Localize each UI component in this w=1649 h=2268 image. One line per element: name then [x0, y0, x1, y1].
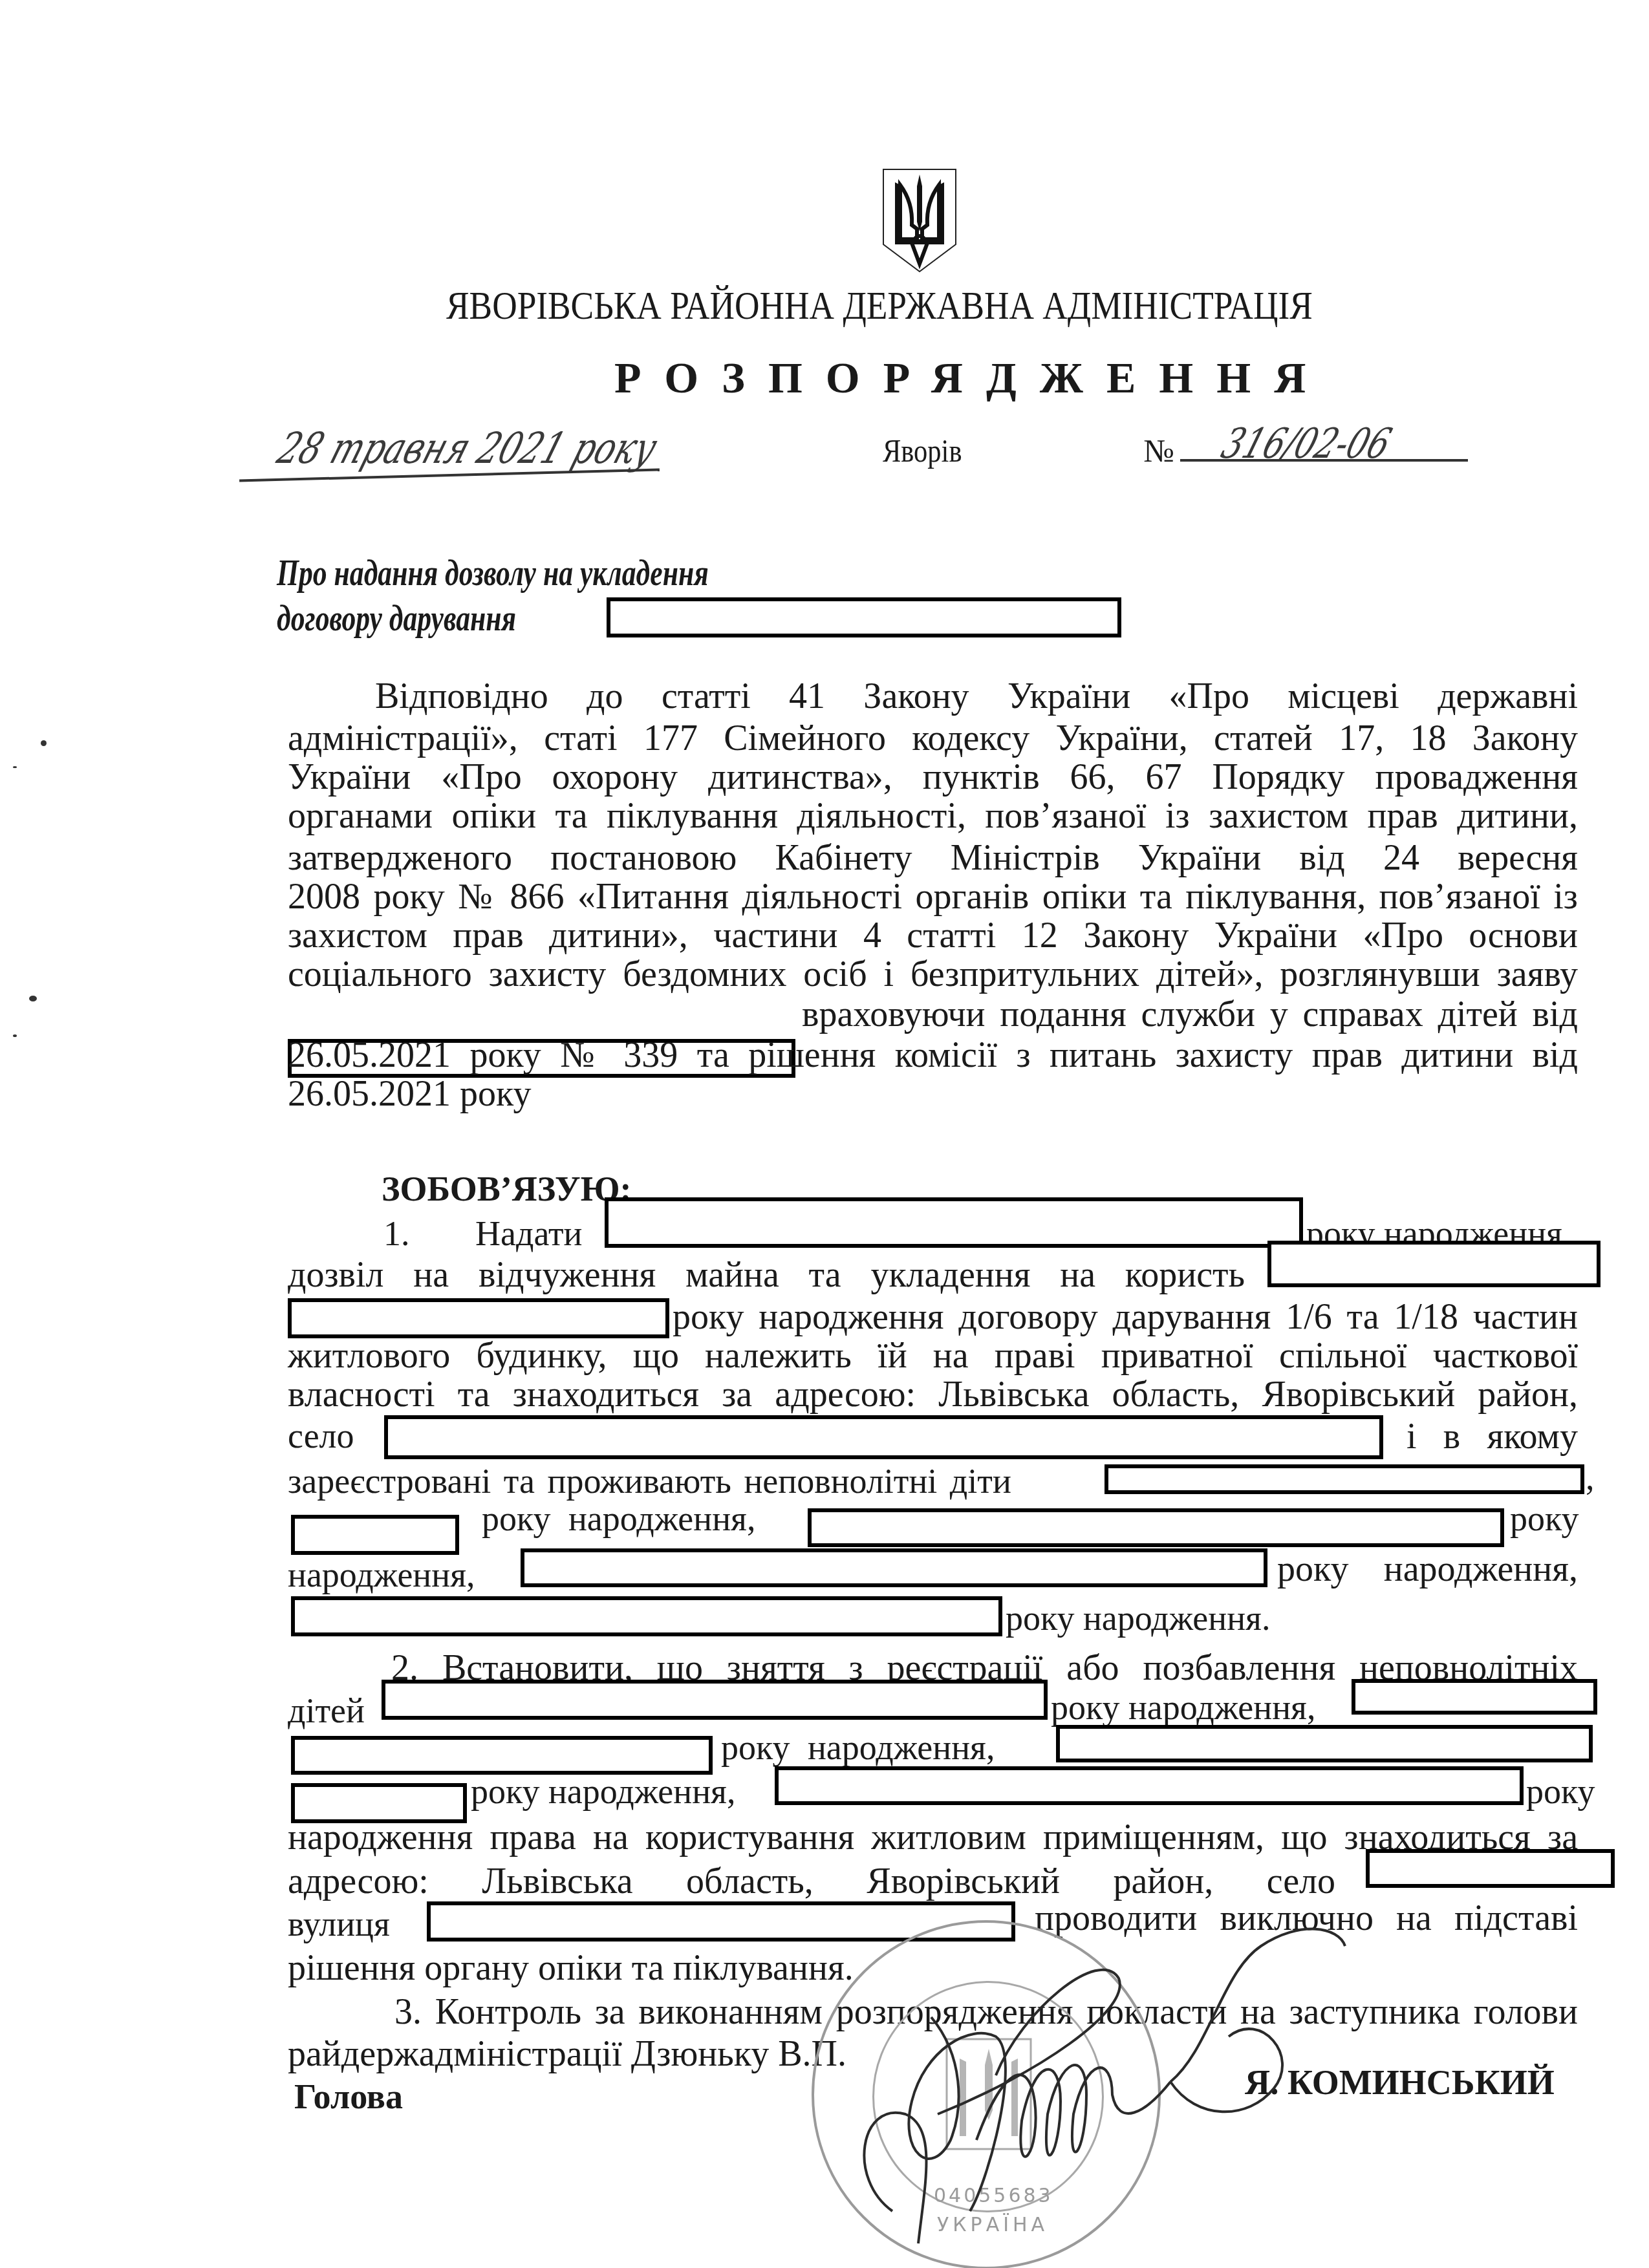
item1-text: року народження. [1006, 1598, 1270, 1638]
document-type-heading: РОЗПОРЯДЖЕННЯ [614, 352, 1329, 403]
redacted-field [605, 1197, 1303, 1248]
item1-text: року народження, [1277, 1548, 1578, 1590]
signatory-position: Голова [294, 2077, 403, 2117]
scan-speck [13, 1034, 17, 1037]
redacted-field [291, 1515, 459, 1555]
item2-text: року [1526, 1771, 1595, 1812]
item1-text: народження, [288, 1555, 475, 1595]
preamble-line: Відповідно до статті 41 Закону України «… [375, 676, 1578, 717]
coat-of-arms-icon [881, 167, 958, 273]
item2-text: року народження, [721, 1728, 995, 1768]
item1-text: дозвіл на відчуження майна та укладення … [288, 1254, 1245, 1296]
scan-speck [29, 996, 37, 1001]
item2-text: вулиця [288, 1904, 390, 1944]
organization-title: ЯВОРІВСЬКА РАЙОННА ДЕРЖАВНА АДМІНІСТРАЦІ… [446, 283, 1313, 329]
date-handwritten: 28 травня 2021 року [272, 423, 663, 473]
redacted-field [1352, 1679, 1597, 1715]
subject-line-1: Про надання дозволу на укладення [277, 553, 709, 594]
redacted-field [288, 1298, 669, 1338]
redacted-field [384, 1415, 1383, 1459]
preamble-line: соціального захисту бездомних осіб і без… [288, 954, 1578, 995]
item1-text: село [288, 1416, 354, 1456]
signature-scribble [808, 1907, 1390, 2268]
item2-text: адресою: Львівська область, Яворівський … [288, 1861, 1335, 1902]
preamble-line: адміністрації», статі 177 Сімейного коде… [288, 718, 1578, 759]
item1-text: житлового будинку, що належить їй на пра… [288, 1335, 1578, 1376]
redacted-field [775, 1766, 1524, 1805]
redacted-field [1056, 1725, 1593, 1762]
preamble-line: захистом прав дитини», частини 4 статті … [288, 915, 1578, 956]
item2-text: року народження, [471, 1771, 735, 1812]
item1-text: власності та знаходиться за адресою: Льв… [288, 1374, 1578, 1415]
redacted-field [382, 1680, 1048, 1720]
item2-text: дітей [288, 1691, 365, 1731]
item1-number: 1. [383, 1214, 410, 1254]
preamble-line: 2008 року № 866 «Питання діяльності орга… [288, 876, 1578, 917]
number-label: № [1143, 432, 1174, 469]
item1-text: , [1586, 1458, 1595, 1498]
number-underline [1180, 459, 1468, 462]
item1-text: зареєстровані та проживають неповнолітні… [288, 1461, 1011, 1501]
place-label: Яворів [883, 432, 962, 469]
item1-text: Надати [475, 1214, 583, 1254]
preamble-line: затвердженого постановою Кабінету Мініст… [288, 837, 1578, 879]
redacted-field [291, 1596, 1002, 1636]
item1-text: і в якому [1406, 1416, 1578, 1457]
subject-line-2: договору дарування [277, 598, 516, 639]
redacted-field [1267, 1241, 1600, 1287]
redacted-field [1105, 1464, 1584, 1494]
preamble-line: України «Про охорону дитинства», пунктів… [288, 756, 1578, 798]
preamble-line: 26.05.2021 року [288, 1073, 1578, 1115]
item1-text: року народження, [482, 1499, 755, 1539]
preamble-line: органами опіки та піклування діяльності,… [288, 795, 1578, 837]
redacted-field [1366, 1849, 1615, 1888]
preamble-line: 26.05.2021 року № 339 та рішення комісії… [288, 1034, 1578, 1076]
item1-text: року народження договору дарування 1/6 т… [673, 1296, 1578, 1338]
redacted-field [521, 1548, 1267, 1587]
preamble-line: враховуючи подання служби у справах діте… [802, 994, 1578, 1035]
item1-text: року [1510, 1499, 1579, 1539]
redacted-field [607, 597, 1121, 637]
item2-text: року народження, [1051, 1687, 1315, 1728]
scan-speck [41, 740, 47, 746]
redacted-field [808, 1508, 1504, 1547]
scan-speck [13, 766, 17, 768]
redacted-field [291, 1736, 713, 1775]
order-heading: ЗОБОВ’ЯЗУЮ: [382, 1169, 631, 1209]
